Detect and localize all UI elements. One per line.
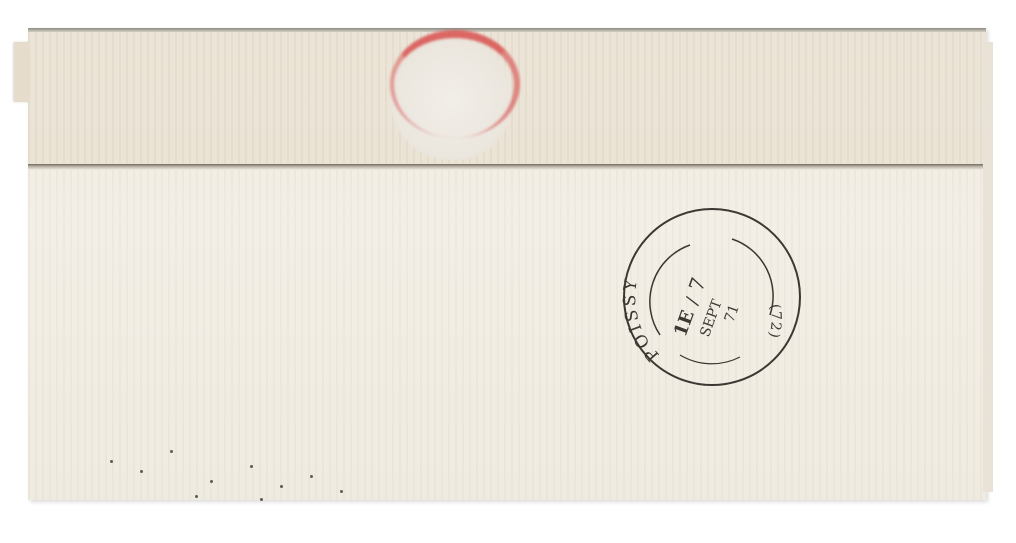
svg-text:(72): (72) [765,303,784,341]
postmark-year: 71 [722,302,743,324]
fold-line [28,164,986,170]
wax-seal-red-residue [390,30,520,138]
svg-text:/: / [682,294,704,308]
foxing-speckles [100,440,400,510]
torn-paper-tab [14,42,30,102]
postmark-day: 7 [684,274,711,294]
postmark-collection: 1E [670,308,699,340]
postmark-department: (72) [765,303,784,341]
postmark-stamp: POISSY (72) 1E / 7 SEPT 71 [620,205,805,390]
paper-edge [983,42,993,492]
